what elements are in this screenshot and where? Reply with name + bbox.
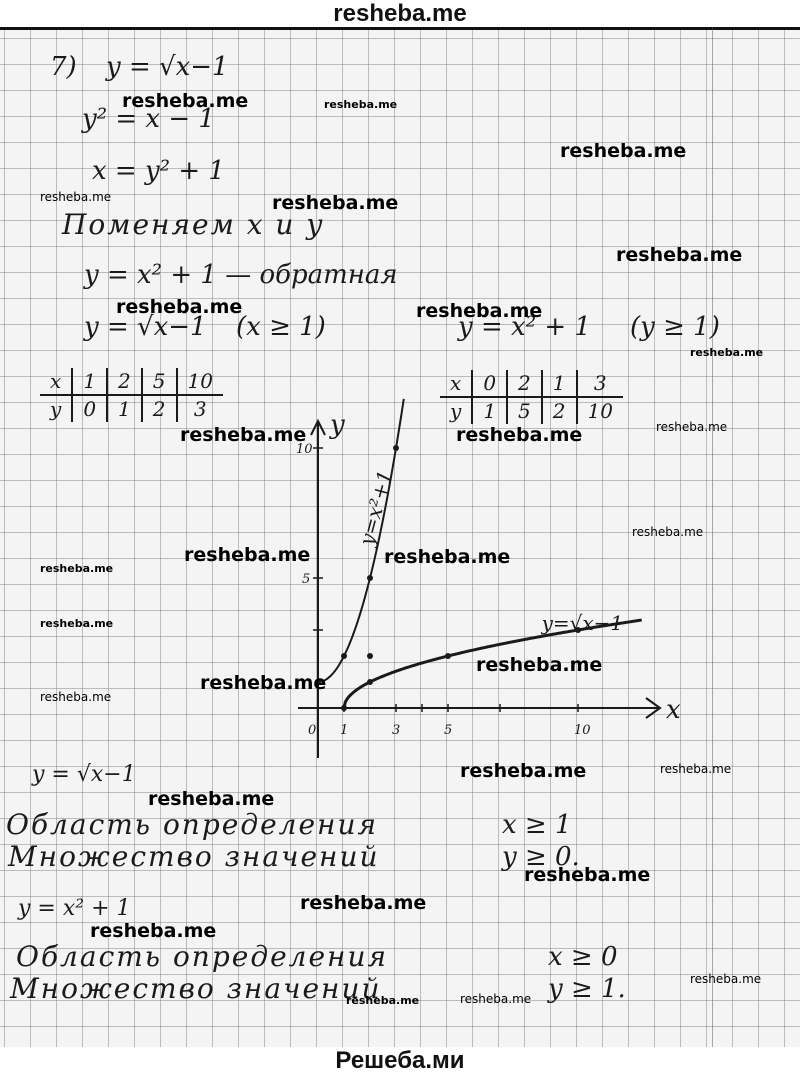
- watermark: resheba.me: [40, 617, 113, 630]
- watermark: resheba.me: [656, 420, 727, 434]
- data-point: [367, 575, 373, 581]
- conclusion2-range-value: y ≥ 1.: [548, 974, 626, 1004]
- watermark: resheba.me: [524, 864, 650, 886]
- watermark: resheba.me: [560, 140, 686, 162]
- watermark: resheba.me: [40, 190, 111, 204]
- watermark: resheba.me: [660, 762, 731, 776]
- watermark: resheba.me: [346, 994, 419, 1007]
- watermark: resheba.me: [632, 525, 703, 539]
- watermark: resheba.me: [40, 562, 113, 575]
- conclusion2-domain-value: x ≥ 0: [548, 942, 618, 972]
- conclusion2-domain-label: Область определения: [16, 940, 388, 973]
- watermark: resheba.me: [272, 192, 398, 214]
- watermark: resheba.me: [184, 544, 310, 566]
- watermark: resheba.me: [122, 90, 248, 112]
- watermark: resheba.me: [90, 920, 216, 942]
- watermark: resheba.me: [476, 654, 602, 676]
- graph-axes: [298, 421, 660, 758]
- watermark: resheba.me: [300, 892, 426, 914]
- watermark: resheba.me: [460, 760, 586, 782]
- sqrt-label: y=√x−1: [541, 611, 624, 635]
- y-axis-label: y: [329, 410, 345, 440]
- data-point: [445, 653, 451, 659]
- conclusion2-range-label: Множество значений: [10, 972, 382, 1005]
- x-tick-label: 0: [308, 723, 316, 738]
- watermark: resheba.me: [180, 424, 306, 446]
- y-tick-label: 5: [302, 572, 310, 587]
- x-axis-label: x: [666, 695, 681, 725]
- watermark: resheba.me: [416, 300, 542, 322]
- watermark: resheba.me: [384, 546, 510, 568]
- data-point: [393, 445, 399, 451]
- data-point: [341, 705, 347, 711]
- watermark: resheba.me: [40, 690, 111, 704]
- x-tick-label: 3: [392, 723, 400, 738]
- watermark: resheba.me: [116, 296, 242, 318]
- x-tick-label: 1: [340, 723, 348, 738]
- data-point: [367, 653, 373, 659]
- watermark: resheba.me: [456, 424, 582, 446]
- watermark: resheba.me: [324, 98, 397, 111]
- watermark: resheba.me: [690, 972, 761, 986]
- data-point: [341, 653, 347, 659]
- conclusion1-formula: y = √x−1: [32, 762, 136, 787]
- watermark: resheba.me: [690, 346, 763, 359]
- watermark: resheba.me: [200, 672, 326, 694]
- data-point: [367, 679, 373, 685]
- x-tick-label: 5: [444, 723, 452, 738]
- conclusion2-formula: y = x² + 1: [18, 896, 131, 921]
- watermark: resheba.me: [460, 992, 531, 1006]
- watermark: resheba.me: [616, 244, 742, 266]
- conclusion1-domain-label: Область определения: [6, 808, 378, 841]
- conclusion1-domain-value: x ≥ 1: [502, 810, 572, 840]
- site-footer[interactable]: Решеба.ми: [0, 1047, 800, 1075]
- x-tick-label: 10: [574, 723, 591, 738]
- parabola-label: y=x²+1: [354, 468, 397, 549]
- watermark: resheba.me: [148, 788, 274, 810]
- graph-labels: 013510510xyy=x²+1y=√x−1: [296, 410, 681, 738]
- conclusion1-range-label: Множество значений: [8, 840, 380, 873]
